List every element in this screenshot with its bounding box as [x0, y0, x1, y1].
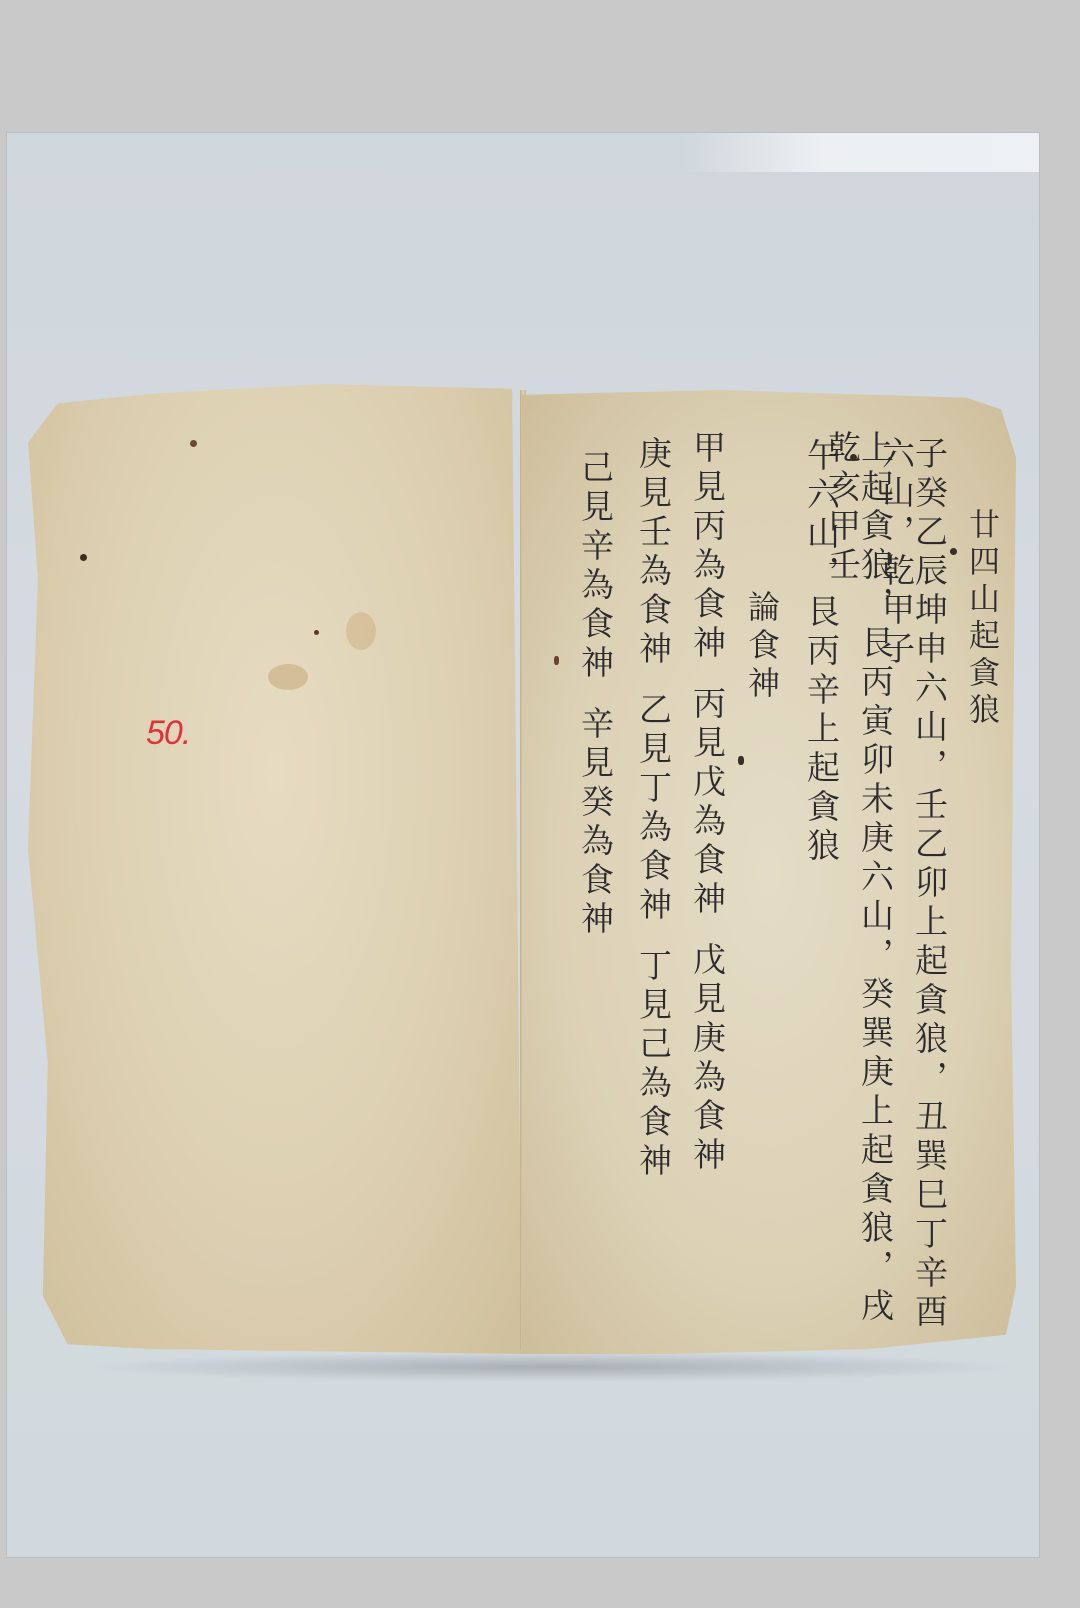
column-segment: 戊見庚為食神 [688, 942, 727, 1176]
page-number: 50. [146, 714, 190, 753]
manuscript-photo: 50. 廿四山起貪狼 子癸乙辰坤申六山，壬乙卯上起貪狼，丑巽巳丁辛酉六山，乾甲子… [6, 132, 1040, 1558]
ink-spot [314, 630, 319, 635]
ink-spot [80, 554, 87, 561]
ink-spot [850, 454, 857, 461]
text-column: 庚見壬為食神乙見丁為食神丁見己為食神 [637, 436, 670, 1182]
left-page: 50. [28, 384, 522, 1354]
paper-stain [346, 612, 376, 650]
column-segment: 乙見丁為食神 [634, 692, 673, 926]
column-segment: 庚見壬為食神 [634, 436, 673, 670]
paper-stain [268, 664, 308, 690]
section-title: 廿四山起貪狼 [965, 508, 996, 730]
ink-spot [738, 756, 744, 765]
column-segment: 丙見戊為食神 [688, 686, 727, 920]
ink-spot [190, 440, 197, 447]
column-segment: 辛見癸為食神 [576, 706, 615, 940]
ink-spot [950, 548, 957, 555]
column-segment: 己見辛為食神 [576, 450, 615, 684]
column-segment: 甲見丙為食神 [688, 430, 727, 664]
text-column: 午六山，艮丙辛上起貪狼 [805, 438, 838, 867]
book-shadow [86, 1352, 1016, 1382]
text-column: 甲見丙為食神丙見戊為食神戊見庚為食神 [691, 430, 724, 1176]
column-segment: 丁見己為食神 [634, 948, 673, 1182]
text-column: 己見辛為食神辛見癸為食神 [579, 450, 612, 940]
section-heading: 論食神 [746, 590, 778, 704]
ink-spot [554, 656, 559, 665]
right-page: 廿四山起貪狼 子癸乙辰坤申六山，壬乙卯上起貪狼，丑巽巳丁辛酉六山，乾甲子 上起貪… [522, 390, 1016, 1354]
light-glare [680, 132, 1040, 172]
